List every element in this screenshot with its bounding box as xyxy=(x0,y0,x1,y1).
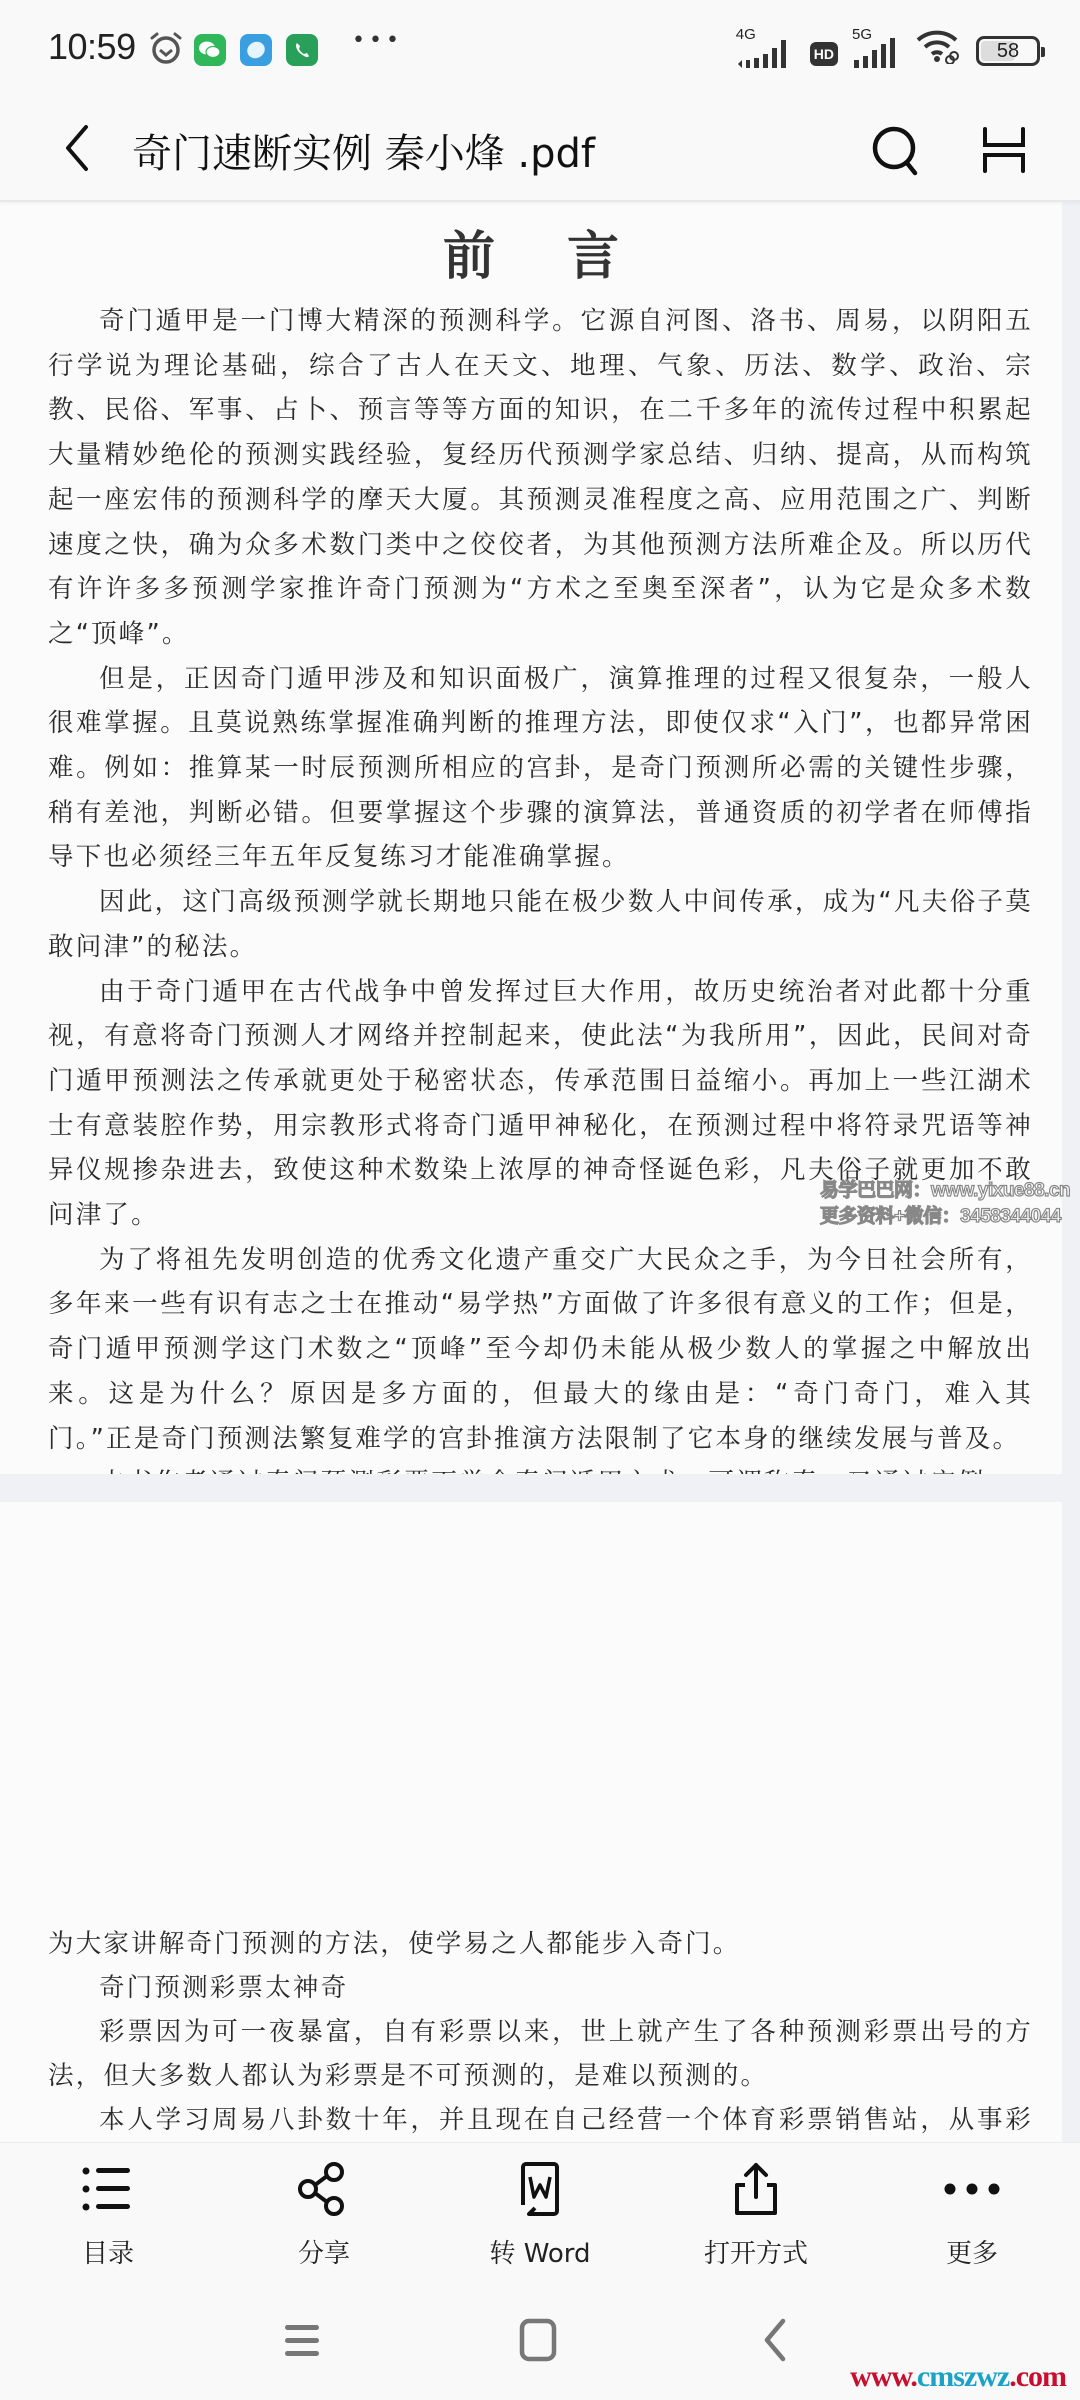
embedded-watermark: 易学巴巴网：www.yixue88.cn 更多资料+微信：3458344044 xyxy=(820,1178,1070,1230)
battery-indicator: 58 xyxy=(976,36,1040,66)
signal-4g-icon: 4G xyxy=(736,30,796,70)
pdf-page-1[interactable]: 前言 奇门遁甲是一门博大精深的预测科学。它源自河图、洛书、周易，以阴阳五行学说为… xyxy=(0,202,1062,1474)
paragraph: 彩票因为可一夜暴富，自有彩票以来，世上就产生了各种预测彩票出号的方法，但大多数人… xyxy=(48,2010,1033,2098)
word-convert-icon xyxy=(510,2159,570,2219)
chevron-left-icon xyxy=(62,123,92,173)
paragraph: 奇门遁甲是一门博大精深的预测科学。它源自河图、洛书、周易，以阴阳五行学说为理论基… xyxy=(48,299,1033,657)
browser-icon xyxy=(240,34,272,66)
home-icon xyxy=(518,2318,558,2362)
toc-button[interactable]: 目录 xyxy=(0,2143,216,2270)
overlay-site-watermark: www.cmszwz.com xyxy=(850,2360,1066,2394)
more-button[interactable]: 更多 xyxy=(864,2143,1080,2270)
page-2-text: 为大家讲解奇门预测的方法，使学易之人都能步入奇门。 奇门预测彩票太神奇 彩票因为… xyxy=(48,1922,1033,2142)
back-button[interactable] xyxy=(52,118,102,178)
list-icon xyxy=(78,2159,138,2219)
paragraph: 为大家讲解奇门预测的方法，使学易之人都能步入奇门。 xyxy=(48,1922,1033,1966)
wifi-icon xyxy=(914,28,962,68)
more-icon xyxy=(942,2159,1002,2219)
status-right: 4G HD 5G 58 xyxy=(736,26,1040,70)
back-nav-button[interactable] xyxy=(744,2310,804,2370)
convert-to-word-button[interactable]: 转 Word xyxy=(432,2143,648,2270)
paragraph: 本人学习周易八卦数十年，并且现在自己经营一个体育彩票销售站，从事彩票销售。前几年… xyxy=(48,2098,1033,2142)
phone-icon xyxy=(286,34,318,66)
open-with-button[interactable]: 打开方式 xyxy=(648,2143,864,2270)
open-with-icon xyxy=(726,2159,786,2219)
recents-icon xyxy=(282,2320,322,2360)
paragraph: 因此，这门高级预测学就长期地只能在极少数人中间传承，成为“凡夫俗子莫敢问津”的秘… xyxy=(48,880,1033,969)
page-fit-icon xyxy=(979,125,1029,175)
paragraph: 本书作者通过奇门预测彩票而学会奇门遁甲之术，可谓称奇，又通过实例 xyxy=(48,1461,1033,1474)
page-separator xyxy=(0,1474,1080,1502)
recents-button[interactable] xyxy=(272,2310,332,2370)
page-1-text: 奇门遁甲是一门博大精深的预测科学。它源自河图、洛书、周易，以阴阳五行学说为理论基… xyxy=(48,299,1033,1474)
section-heading: 奇门预测彩票太神奇 xyxy=(48,1966,1033,2010)
page-heading: 前言 xyxy=(0,214,1062,289)
search-button[interactable] xyxy=(866,120,926,180)
scroll-track[interactable] xyxy=(1062,202,1080,2142)
paragraph: 为了将祖先发明创造的优秀文化遗产重交广大民众之手，为今日社会所有，多年来一些有识… xyxy=(48,1238,1033,1462)
signal-5g-icon: 5G xyxy=(852,30,900,70)
paragraph: 但是，正因奇门遁甲涉及和知识面极广，演算推理的过程又很复杂，一般人很难掌握。且莫… xyxy=(48,657,1033,881)
more-notifications-icon: ••• xyxy=(352,28,403,53)
home-button[interactable] xyxy=(508,2310,568,2370)
app-header: 奇门速断实例 秦小烽 .pdf xyxy=(0,96,1080,202)
alarm-icon xyxy=(146,28,186,72)
bottom-toolbar: 目录 分享 转 Word 打开方式 更多 xyxy=(0,2142,1080,2270)
pdf-page-2[interactable]: 为大家讲解奇门预测的方法，使学易之人都能步入奇门。 奇门预测彩票太神奇 彩票因为… xyxy=(0,1502,1062,2142)
share-icon xyxy=(294,2159,354,2219)
document-title: 奇门速断实例 秦小烽 .pdf xyxy=(132,122,595,179)
share-button[interactable]: 分享 xyxy=(216,2143,432,2270)
search-icon xyxy=(869,123,923,177)
wechat-icon xyxy=(194,34,226,66)
back-icon xyxy=(759,2318,789,2362)
hd-badge: HD xyxy=(810,42,838,66)
status-bar: 10:59 ••• 4G HD 5G 58 xyxy=(0,0,1080,96)
view-mode-button[interactable] xyxy=(974,120,1034,180)
status-time: 10:59 xyxy=(48,26,136,68)
system-nav-bar: www.cmszwz.com xyxy=(0,2270,1080,2400)
